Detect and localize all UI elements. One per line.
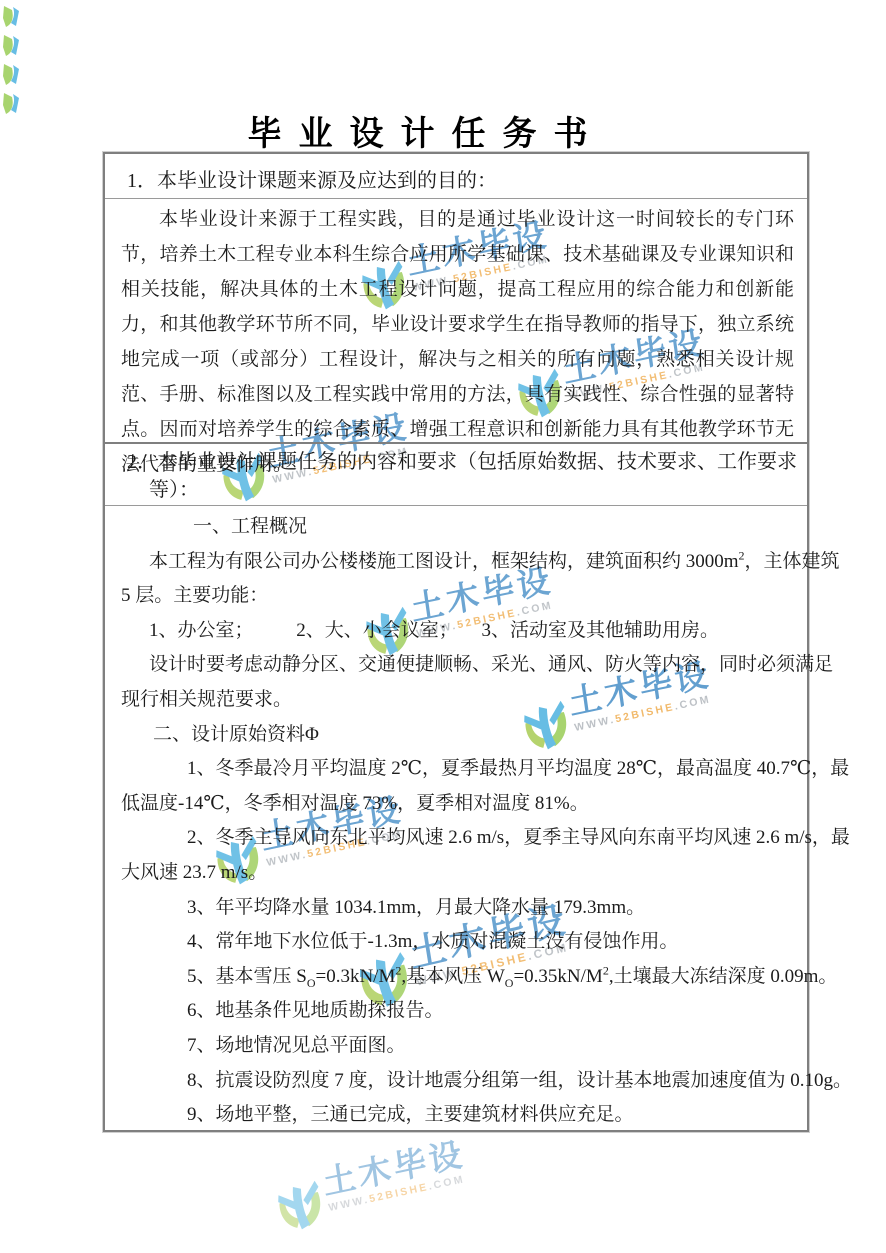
page-title: 毕业设计任务书 [0, 106, 886, 155]
text-line: 1、办公室； 2、大、小会议室； 3、活动室及其他辅助用房。 [121, 614, 797, 649]
watermark-brand-text: 土木毕设 [321, 1137, 467, 1201]
text-line: 9、场地平整，三通已完成，主要建筑材料供应充足。 [121, 1098, 797, 1133]
text-line: 5 层。主要功能： [121, 579, 797, 614]
corner-mark-icon [2, 62, 20, 86]
text-line: 一、工程概况 [121, 510, 797, 545]
section1-header-row: 1．本毕业设计课题来源及应达到的目的： [105, 154, 807, 199]
text-line: 低温度-14℃，冬季相对温度 73%，夏季相对温度 81%。 [121, 787, 797, 822]
watermark: 土木毕设WWW.52BISHE.COM [268, 1137, 473, 1237]
text-line: 本工程为有限公司办公楼楼施工图设计，框架结构，建筑面积约 3000m2，主体建筑 [121, 545, 797, 580]
section1-heading: 1．本毕业设计课题来源及应达到的目的： [127, 170, 497, 192]
brand-logo-icon [270, 1175, 330, 1236]
text-line: 二、设计原始资料Φ [121, 718, 797, 753]
section2-heading: 2．本毕业设计课题任务的内容和要求（包括原始数据、技术要求、工作要求等）： [127, 451, 797, 501]
doc-table: 1．本毕业设计课题来源及应达到的目的： 本毕业设计来源于工程实践，目的是通过毕业… [103, 152, 809, 1132]
text-line: 6、地基条件见地质勘探报告。 [121, 994, 797, 1029]
text-line: 2、冬季主导风向东北平均风速 2.6 m/s，夏季主导风向东南平均风速 2.6 … [121, 821, 797, 856]
text-line: 设计时要考虑动静分区、交通便捷顺畅、采光、通风、防火等内容，同时必须满足 [121, 648, 797, 683]
text-line: 现行相关规范要求。 [121, 683, 797, 718]
section1-paragraph: 本毕业设计来源于工程实践，目的是通过毕业设计这一时间较长的专门环节，培养土木工程… [121, 202, 794, 482]
corner-mark-icon [2, 4, 20, 28]
text-line: 4、常年地下水位低于-1.3m，水质对混凝土没有侵蚀作用。 [121, 925, 797, 960]
text-line: 7、场地情况见总平面图。 [121, 1029, 797, 1064]
text-line: 1、冬季最冷月平均温度 2℃，夏季最热月平均温度 28℃，最高温度 40.7℃，… [121, 752, 797, 787]
text-line: 5、基本雪压 SO=0.3kN/M2,基本风压 WO=0.35kN/M2,土壤最… [121, 960, 797, 995]
section2-header-row: 2．本毕业设计课题任务的内容和要求（包括原始数据、技术要求、工作要求等）： [105, 444, 807, 506]
text-line: 3、年平均降水量 1034.1mm，月最大降水量 179.3mm。 [121, 891, 797, 926]
text-line: 8、抗震设防烈度 7 度，设计地震分组第一组，设计基本地震加速度值为 0.10g… [121, 1064, 797, 1099]
corner-watermark-fragments [2, 4, 20, 120]
section1-content-row: 本毕业设计来源于工程实践，目的是通过毕业设计这一时间较长的专门环节，培养土木工程… [105, 199, 807, 444]
corner-mark-icon [2, 33, 20, 57]
text-line: 大风速 23.7 m/s。 [121, 856, 797, 891]
watermark-url-text: WWW.52BISHE.COM [327, 1172, 470, 1214]
section2-content-row: 一、工程概况本工程为有限公司办公楼楼施工图设计，框架结构，建筑面积约 3000m… [105, 506, 807, 1126]
